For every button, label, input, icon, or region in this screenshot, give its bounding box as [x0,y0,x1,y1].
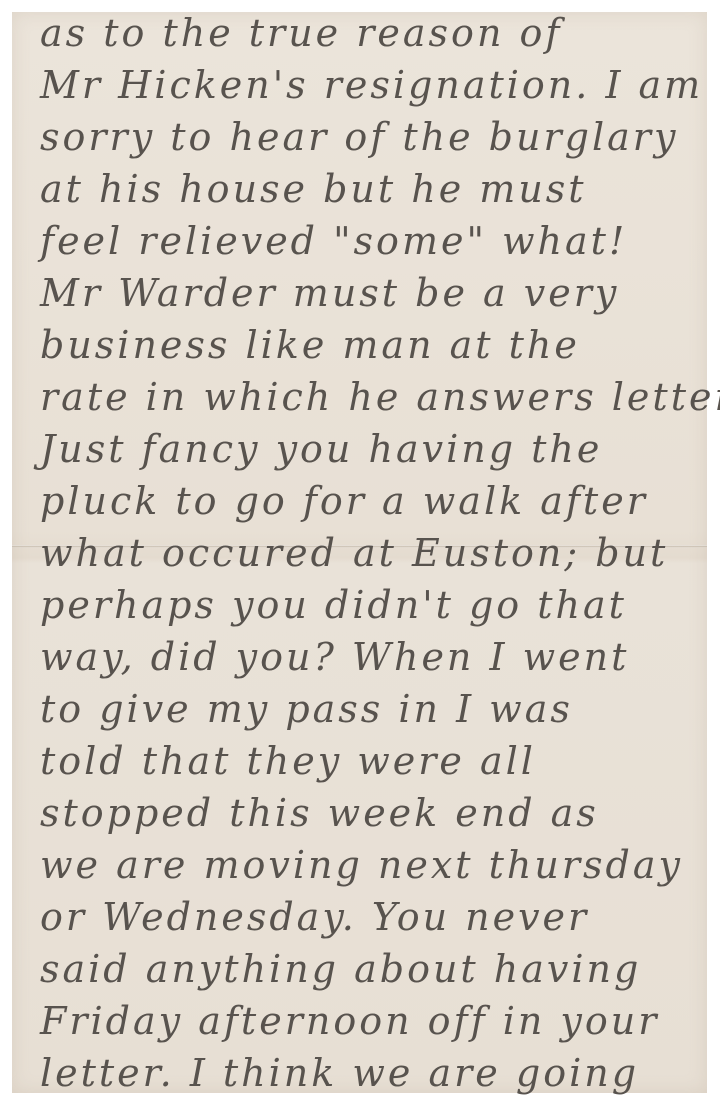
text-line: what occured at Euston; but [40,534,668,572]
text-line: said anything about having [40,950,641,988]
text-line: we are moving next thursday [40,846,683,884]
text-line: Mr Warder must be a very [40,274,619,312]
letter-page: as to the true reason of Mr Hicken's res… [12,12,707,1093]
text-line: Friday afternoon off in your [40,1002,659,1040]
text-line: business like man at the [40,326,580,364]
text-line: Just fancy you having the [40,430,602,468]
text-line: way, did you? When I went [40,638,629,676]
text-line: Mr Hicken's resignation. I am [40,66,703,104]
text-line: at his house but he must [40,170,587,208]
text-line: letter. I think we are going [40,1054,639,1092]
text-line: pluck to go for a walk after [40,482,648,520]
text-line: rate in which he answers letters. [40,378,720,416]
text-line: told that they were all [40,742,536,780]
text-line: to give my pass in I was [40,690,573,728]
text-line: as to the true reason of [40,14,562,52]
text-line: feel relieved "some" what! [40,222,627,260]
text-line: perhaps you didn't go that [40,586,627,624]
text-line: stopped this week end as [40,794,599,832]
text-line: sorry to hear of the burglary [40,118,678,156]
text-line: or Wednesday. You never [40,898,589,936]
